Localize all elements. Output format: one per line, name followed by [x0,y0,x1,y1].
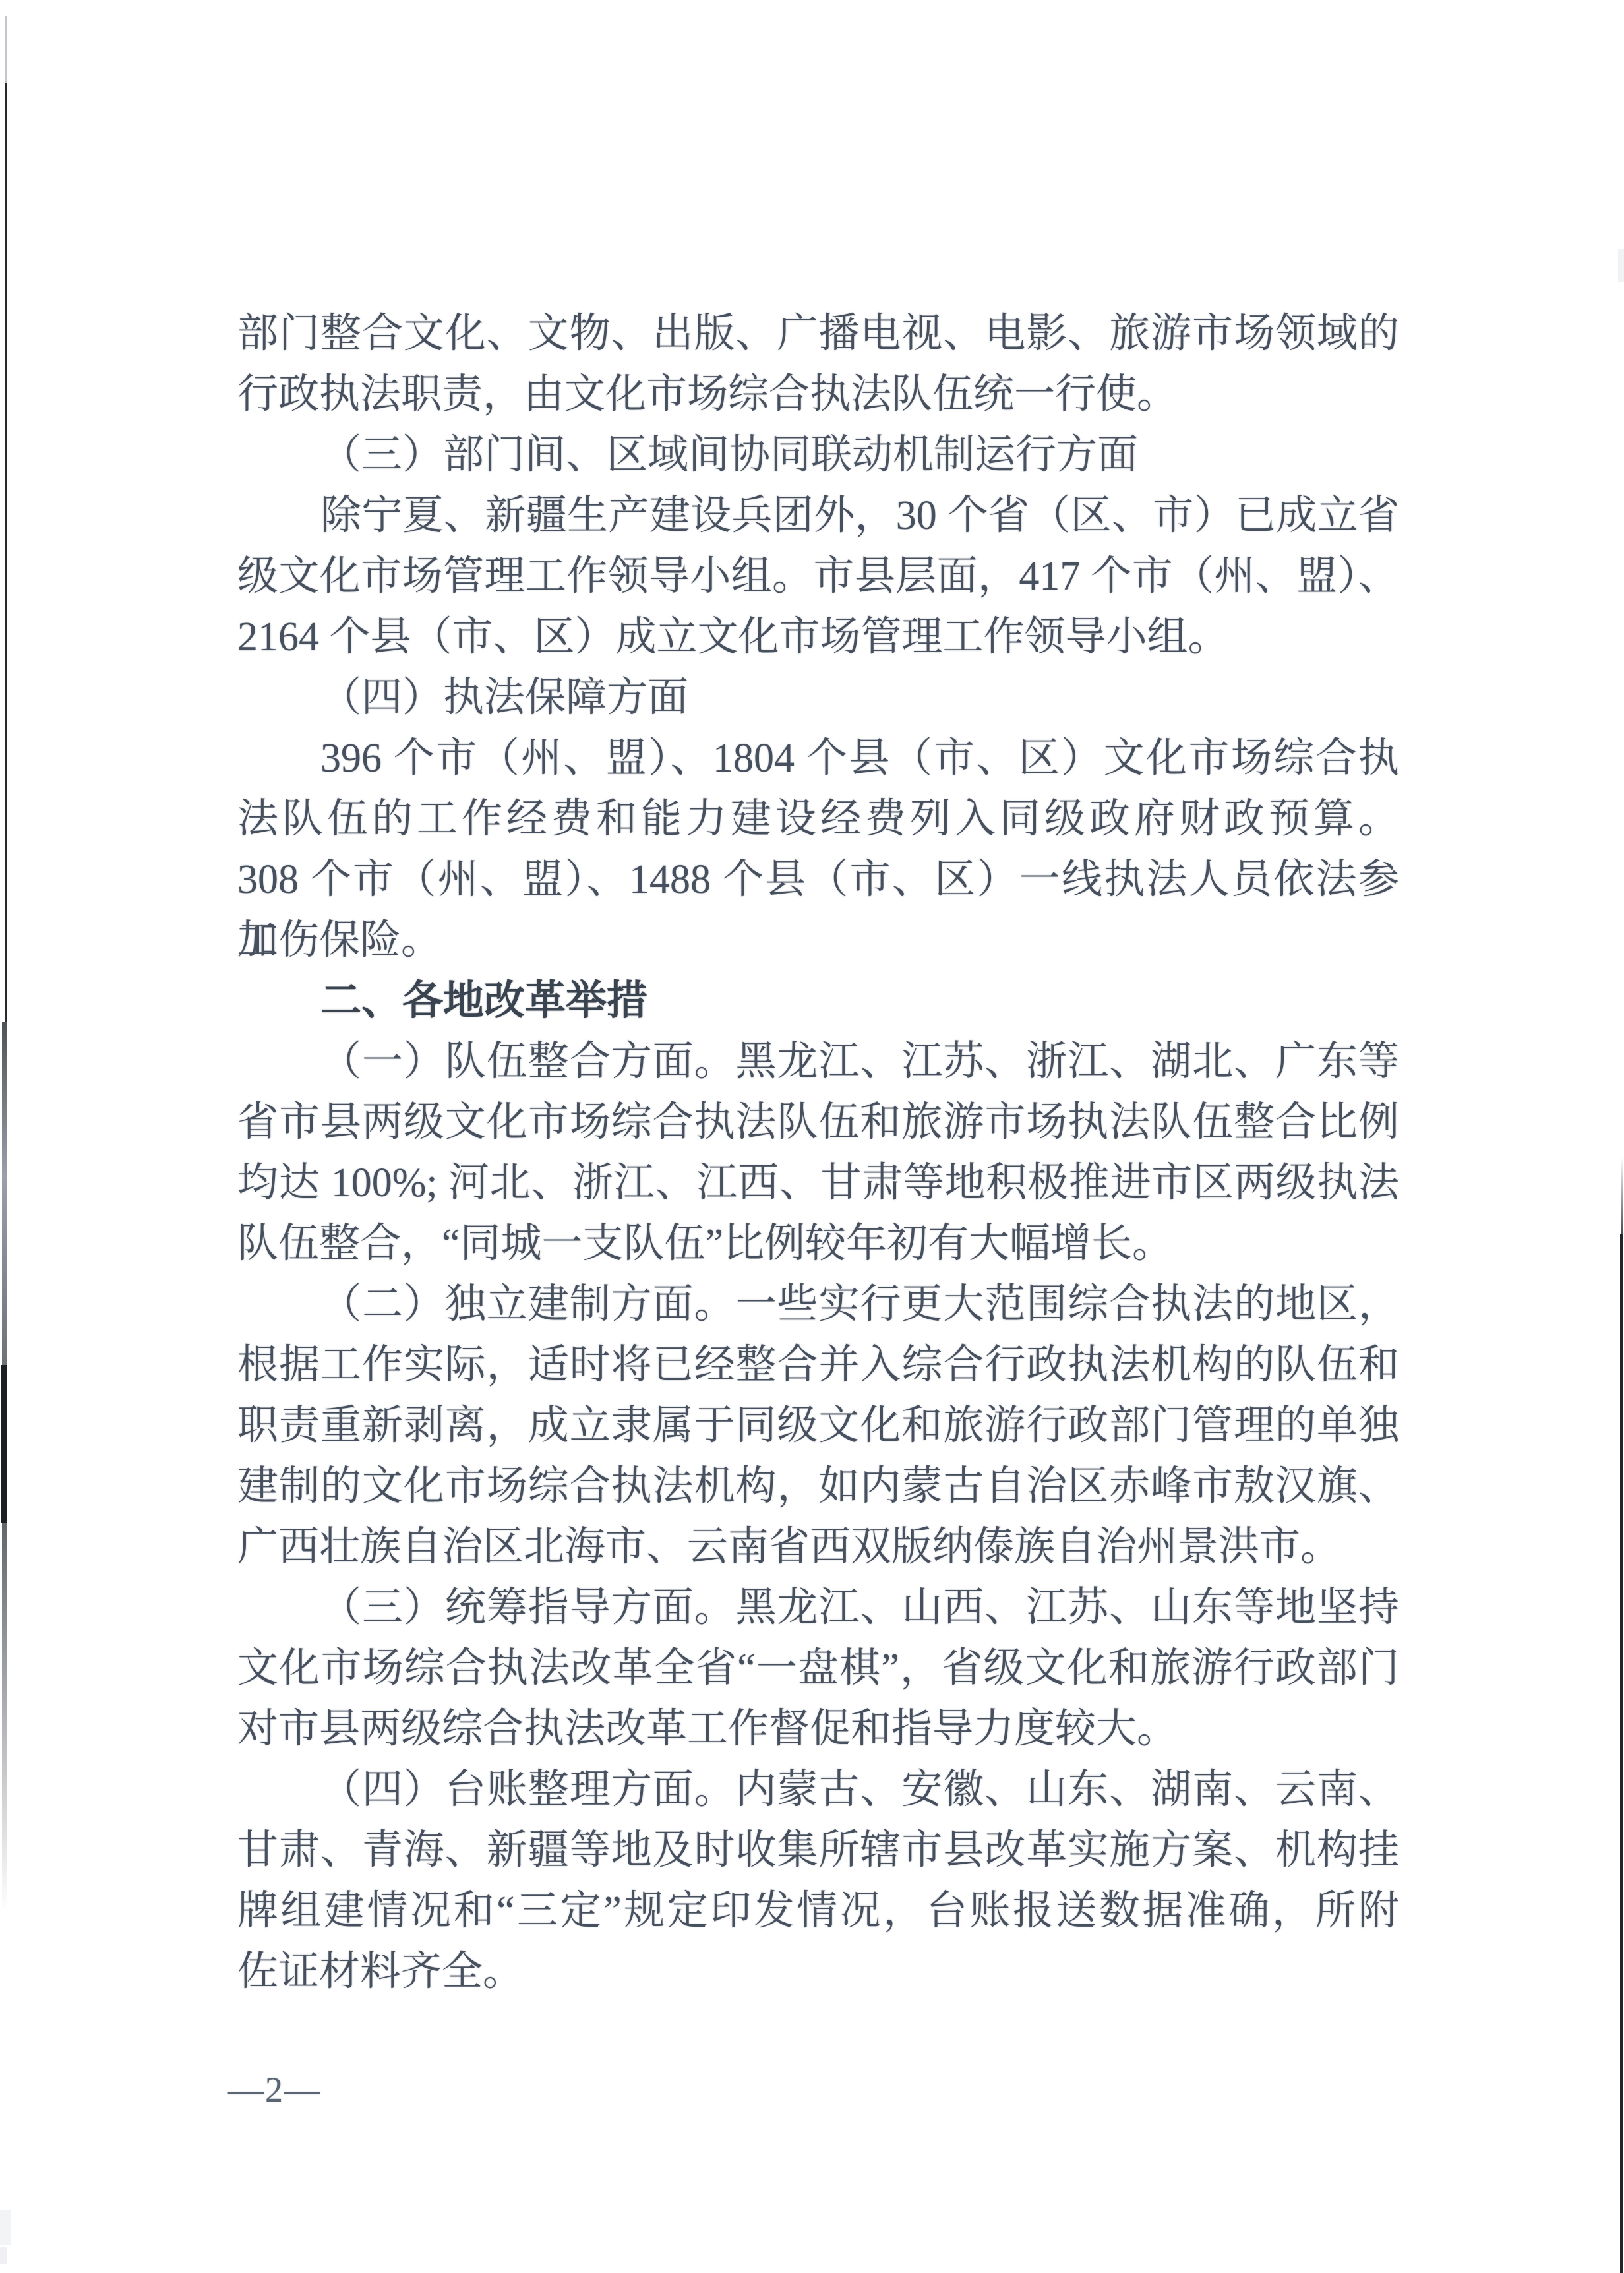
body-line: 佐证材料齐全。 [237,1941,1399,2002]
scan-edge-artifact-left-thick [1,1365,7,1523]
body-line: （一）队伍整合方面。黑龙江、江苏、浙江、湖北、广东等 [237,1031,1399,1092]
body-line: 308 个市（州、盟）、1488 个县（市、区）一线执法人员依法参加 [237,849,1399,910]
body-line: （二）独立建制方面。一些实行更大范围综合执法的地区， [237,1274,1399,1335]
scan-edge-artifact-top-right-band [1618,249,1624,282]
body-line: 除宁夏、新疆生产建设兵团外，30 个省（区、市）已成立省 [237,485,1399,546]
body-line: 部门整合文化、文物、出版、广播电视、电影、旅游市场领域的 [237,303,1399,364]
body-line: 2164 个县（市、区）成立文化市场管理工作领导小组。 [237,607,1399,667]
scanned-document-page: { "colors":{ "ink":"#47505f", "paper":"#… [0,0,1624,2273]
subheading-line: （三）部门间、区域间协同联动机制运行方面 [237,425,1399,485]
body-line: 级文化市场管理工作领导小组。市县层面，417 个市（州、盟）、 [237,546,1399,607]
body-line: 省市县两级文化市场综合执法队伍和旅游市场执法队伍整合比例 [237,1092,1399,1153]
scan-edge-artifact-right-fade [1621,1157,1623,1236]
body-line: 甘肃、青海、新疆等地及时收集所辖市县改革实施方案、机构挂 [237,1820,1399,1881]
body-line: 广西壮族自治区北海市、云南省西双版纳傣族自治州景洪市。 [237,1517,1399,1577]
body-line: 建制的文化市场综合执法机构，如内蒙古自治区赤峰市敖汉旗、 [237,1456,1399,1517]
scan-edge-artifact-left-blotch [2,1022,7,1365]
scan-edge-artifact-left-line [5,83,7,1022]
body-line: 行政执法职责，由文化市场综合执法队伍统一行使。 [237,364,1399,425]
body-line: 法队伍的工作经费和能力建设经费列入同级政府财政预算。 [237,789,1399,849]
body-line: （三）统筹指导方面。黑龙江、山西、江苏、山东等地坚持 [237,1577,1399,1638]
body-line: 工伤保险。 [237,910,1399,971]
body-line: 均达 100%; 河北、浙江、江西、甘肃等地积极推进市区两级执法 [237,1153,1399,1213]
scan-edge-artifact-left-top [5,16,7,83]
body-line: 对市县两级综合执法改革工作督促和指导力度较大。 [237,1699,1399,1759]
heading-line: 二、各地改革举措 [237,971,1399,1031]
body-line: 职责重新剥离，成立隶属于同级文化和旅游行政部门管理的单独 [237,1395,1399,1456]
scan-edge-artifact-bottom-left-1 [0,2210,11,2245]
subheading-line: （四）执法保障方面 [237,667,1399,728]
body-line: （四）台账整理方面。内蒙古、安徽、山东、湖南、云南、 [237,1759,1399,1820]
scan-edge-artifact-left-fade [2,1523,7,1912]
body-line: 396 个市（州、盟）、1804 个县（市、区）文化市场综合执 [237,728,1399,789]
page-number: —2— [228,2067,321,2113]
body-line: 根据工作实际，适时将已经整合并入综合行政执法机构的队伍和 [237,1335,1399,1395]
document-text-block: 部门整合文化、文物、出版、广播电视、电影、旅游市场领域的 行政执法职责，由文化市… [237,303,1399,2002]
body-line: 队伍整合，“同城一支队伍”比例较年初有大幅增长。 [237,1213,1399,1274]
scan-edge-artifact-right-line [1620,1234,1623,2273]
body-line: 文化市场综合执法改革全省“一盘棋”，省级文化和旅游行政部门 [237,1638,1399,1699]
body-line: 牌组建情况和“三定”规定印发情况，台账报送数据准确，所附 [237,1881,1399,1941]
scan-edge-artifact-bottom-left-2 [0,2247,7,2264]
